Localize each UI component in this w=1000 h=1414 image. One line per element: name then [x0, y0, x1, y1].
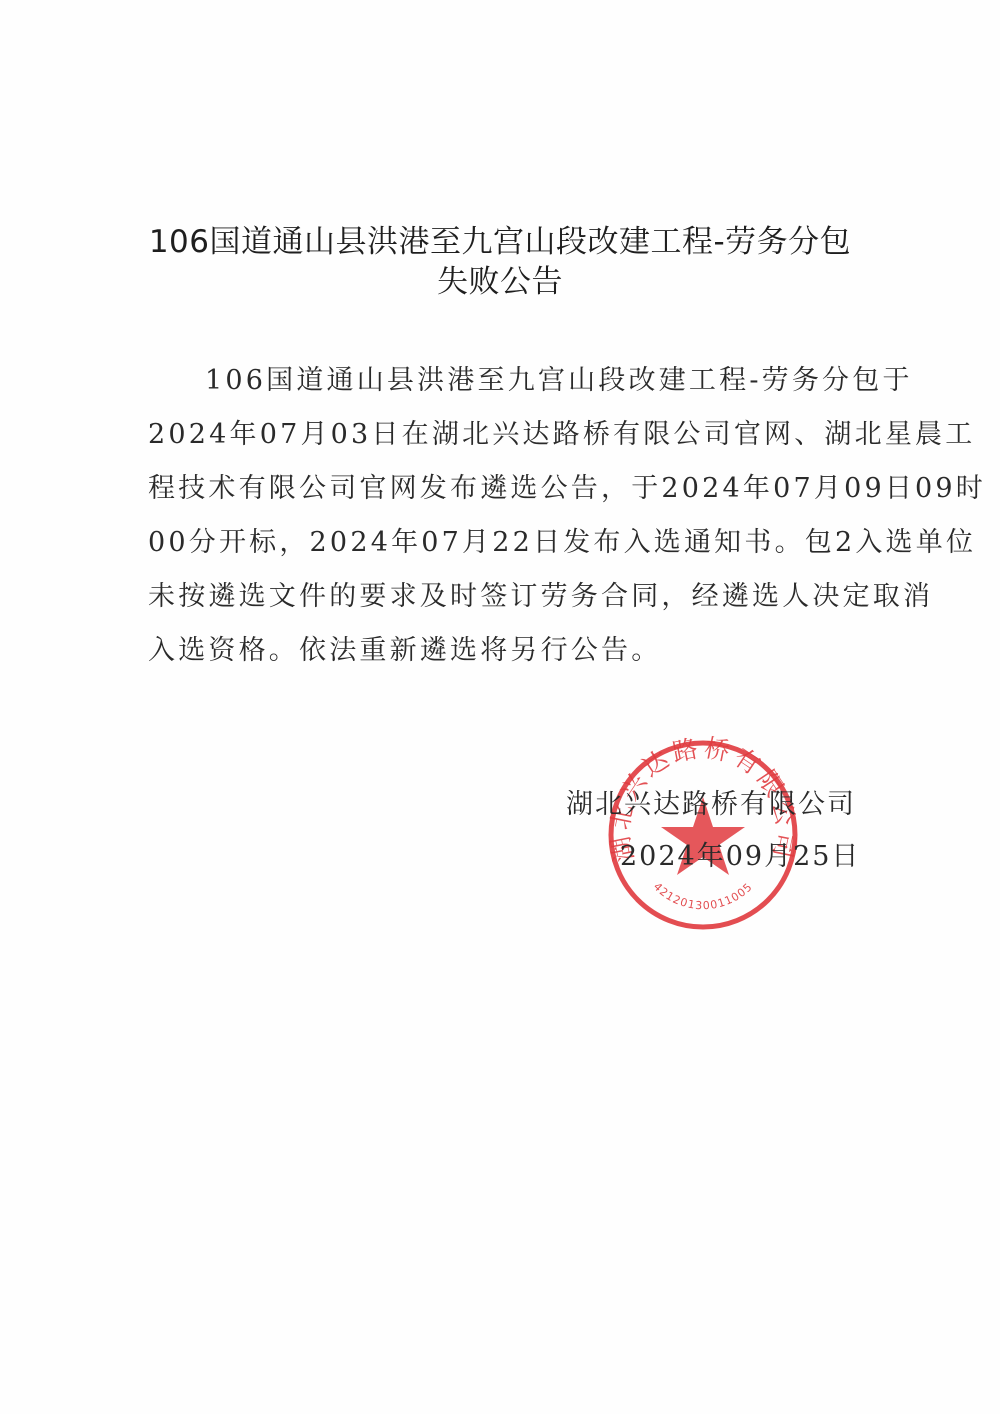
body-paragraph-line: 106国道通山县洪港至九宫山段改建工程-劳务分包于	[205, 358, 905, 397]
signature-company: 湖北兴达路桥有限公司	[566, 782, 856, 821]
document-title-line-1: 106国道通山县洪港至九宫山段改建工程-劳务分包	[0, 216, 1000, 261]
body-paragraph-line: 未按遴选文件的要求及时签订劳务合同，经遴选人决定取消	[148, 574, 848, 613]
document-title-line-2: 失败公告	[0, 256, 1000, 301]
signature-date: 2024年09月25日	[620, 834, 860, 873]
body-paragraph-line: 00分开标，2024年07月22日发布入选通知书。包2入选单位	[148, 520, 848, 559]
document-page: 106国道通山县洪港至九宫山段改建工程-劳务分包 失败公告 106国道通山县洪港…	[0, 0, 1000, 1414]
body-paragraph-line: 程技术有限公司官网发布遴选公告，于2024年07月09日09时	[148, 466, 848, 505]
svg-text:42120130011005: 42120130011005	[651, 880, 755, 912]
body-paragraph-line: 入选资格。依法重新遴选将另行公告。	[148, 628, 848, 667]
body-paragraph-line: 2024年07月03日在湖北兴达路桥有限公司官网、湖北星晨工	[148, 412, 848, 451]
